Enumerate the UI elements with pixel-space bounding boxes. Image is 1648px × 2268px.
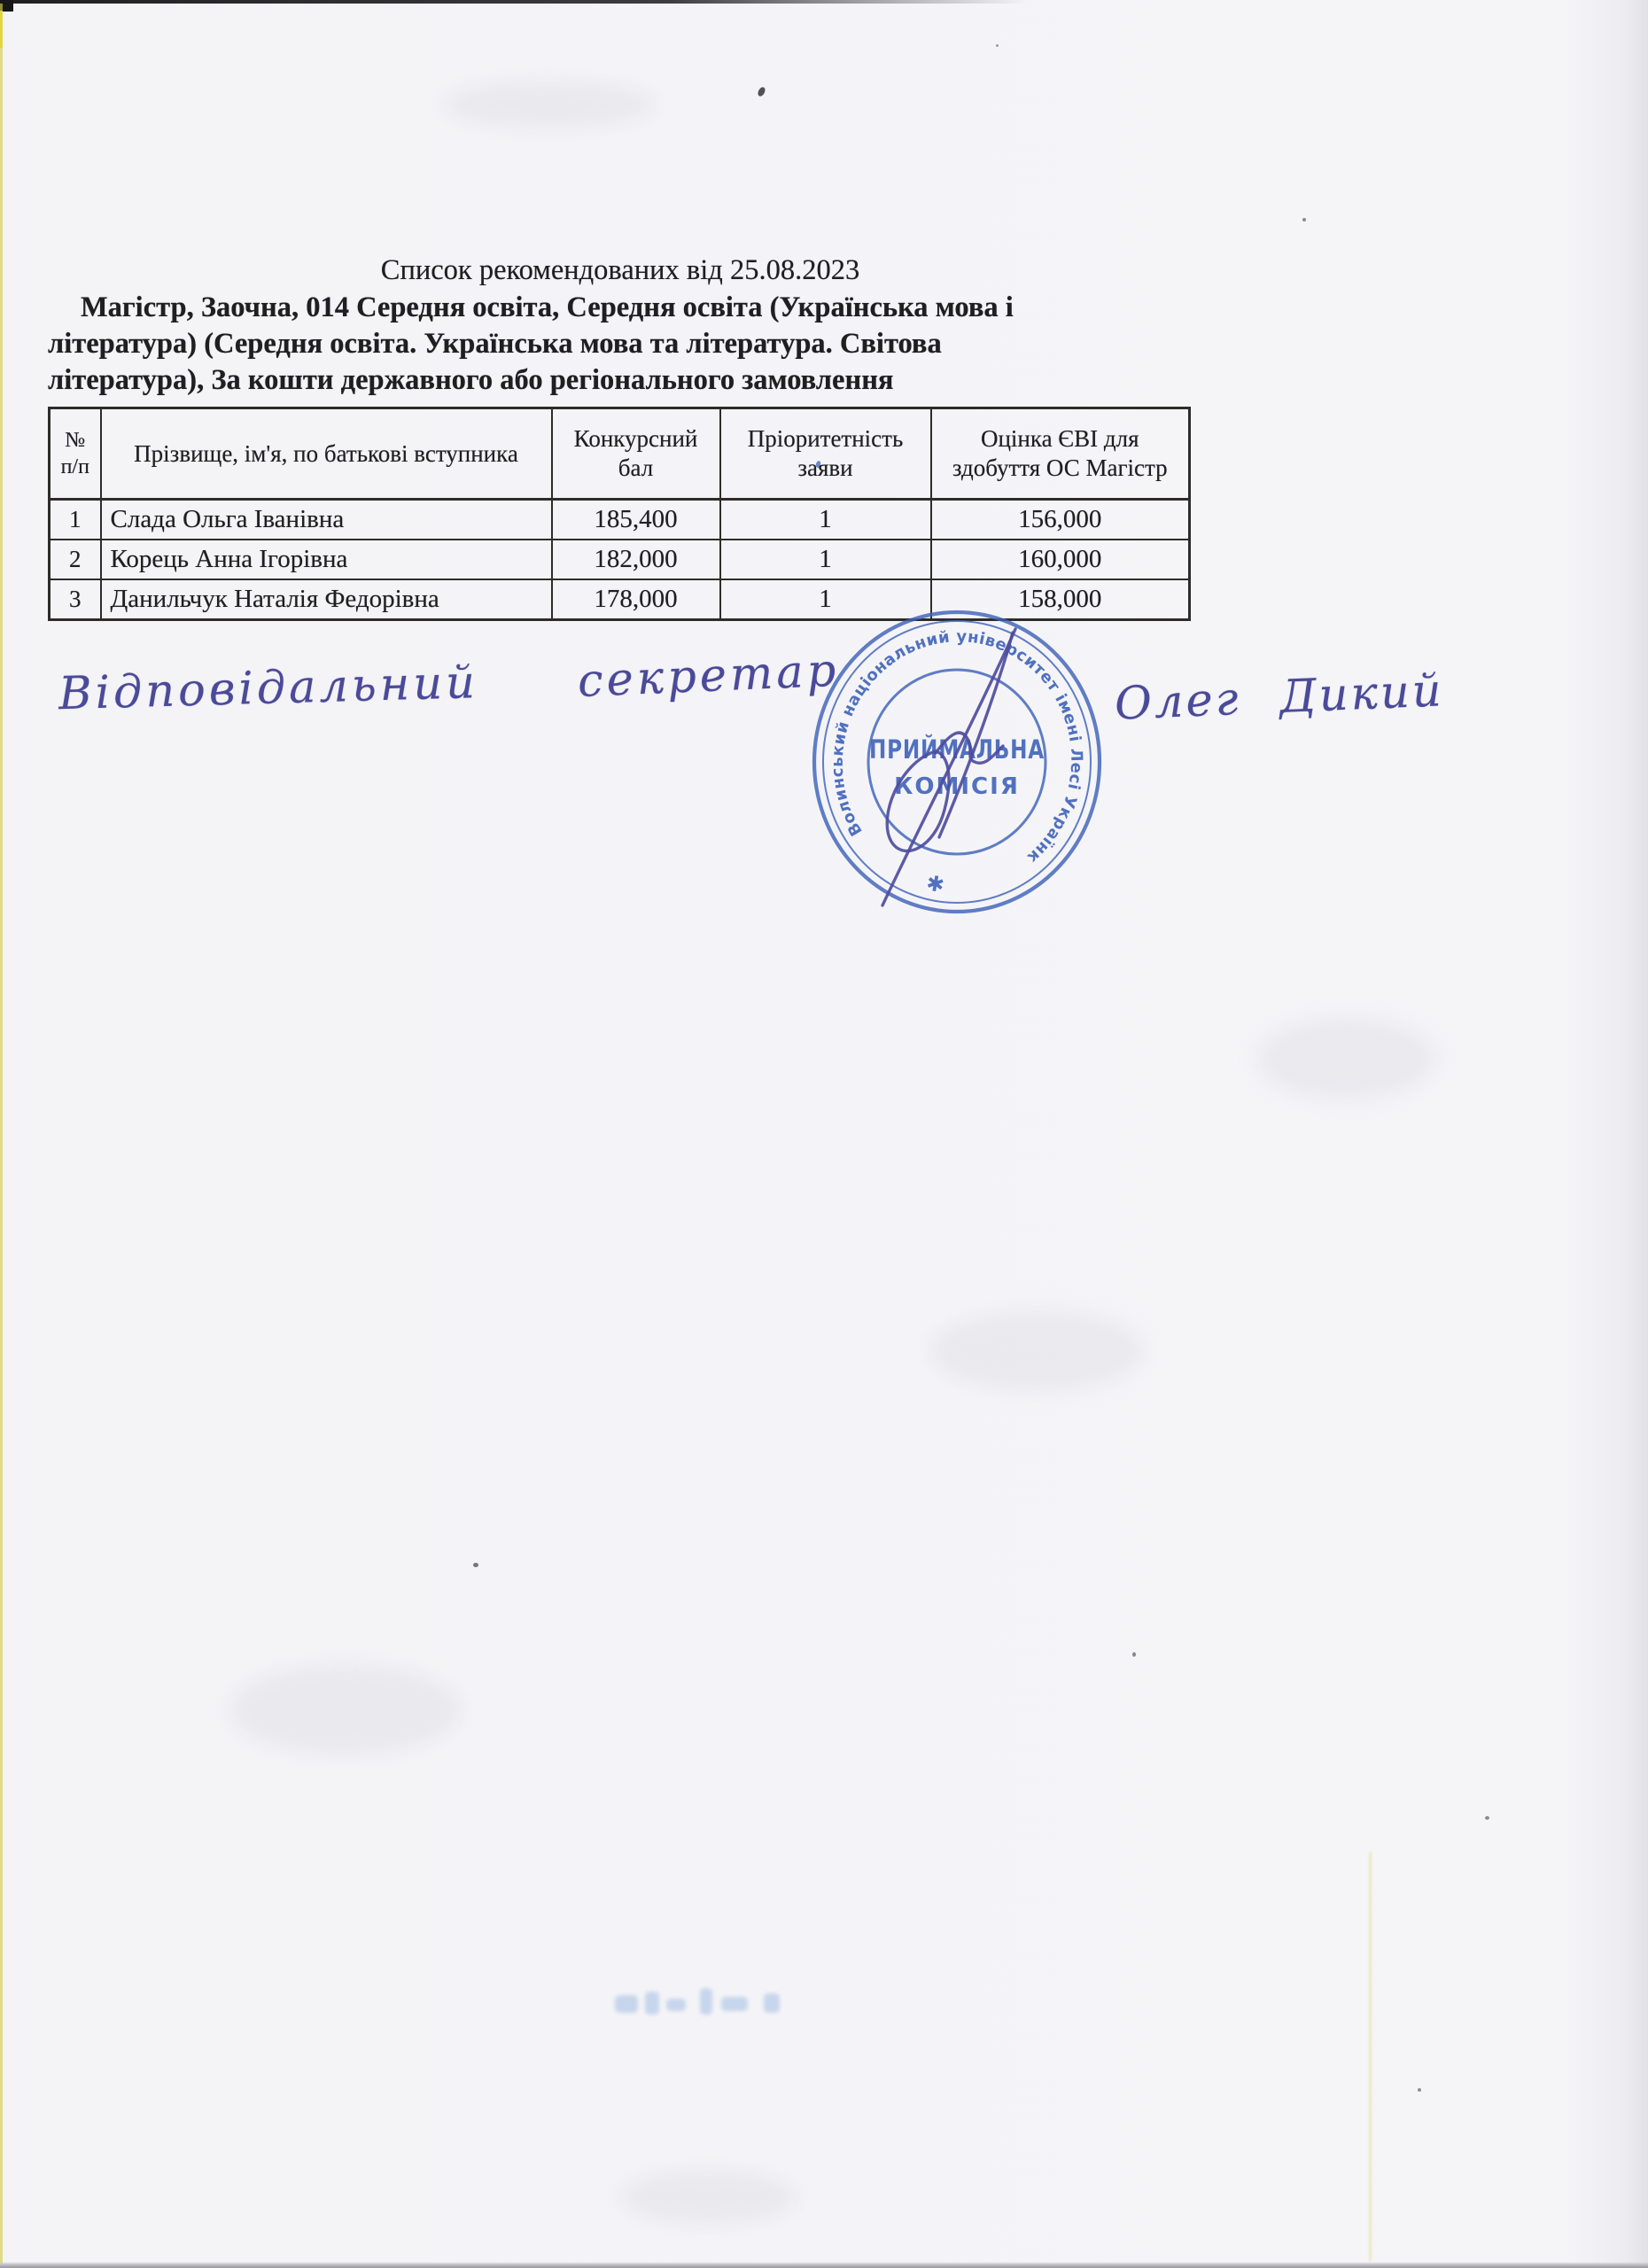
- scanner-edge-top: [0, 0, 1028, 4]
- bleed-mark: [645, 1992, 659, 2015]
- cell-number: 2: [50, 540, 101, 579]
- scanned-document-page: Список рекомендованих від 25.08.2023 Маг…: [0, 0, 1648, 2268]
- ink-speck: [1132, 1652, 1136, 1657]
- paper-blotch: [1258, 1019, 1435, 1099]
- cell-name: Данильчук Наталія Федорівна: [101, 579, 552, 620]
- bleed-mark: [615, 1995, 638, 2013]
- university-round-stamp: Волинський національний університет імен…: [780, 594, 1134, 948]
- cell-score: 182,000: [552, 540, 720, 579]
- col-header-number: № п/п: [50, 408, 101, 500]
- table-row: 2 Корець Анна Ігорівна 182,000 1 160,000: [50, 540, 1190, 579]
- ink-speck: [473, 1563, 478, 1567]
- handwritten-role: Відповідальнийсекретар: [58, 647, 840, 721]
- handwritten-role-word1: Відповідальний: [58, 656, 478, 720]
- ink-speck: [1302, 218, 1306, 221]
- cell-evi: 156,000: [931, 500, 1190, 540]
- subtitle-line-1: Магістр, Заочна, 014 Середня освіта, Сер…: [48, 290, 1014, 326]
- col-header-evi: Оцінка ЄВІ для здобуття ОС Магістр: [931, 408, 1190, 500]
- handwritten-name: ОлегДикий: [1114, 664, 1445, 731]
- cell-priority: 1: [720, 500, 931, 540]
- recommendations-table: № п/п Прізвище, ім'я, по батькові вступн…: [48, 407, 1191, 621]
- table-header-row: № п/п Прізвище, ім'я, по батькові вступн…: [50, 408, 1190, 500]
- cell-priority: 1: [720, 540, 931, 579]
- col-header-name: Прізвище, ім'я, по батькові вступника: [101, 408, 552, 500]
- cell-name: Слада Ольга Іванівна: [101, 500, 552, 540]
- handwritten-name-word2: Дикий: [1279, 664, 1445, 724]
- ink-speck: [757, 86, 766, 97]
- paper-blotch: [230, 1666, 461, 1754]
- bleed-through-marks: [615, 1983, 805, 2038]
- table-row: 1 Слада Ольга Іванівна 185,400 1 156,000: [50, 500, 1190, 540]
- cell-evi: 160,000: [931, 540, 1190, 579]
- stamp-star-icon: ✱: [924, 870, 946, 897]
- cell-name: Корець Анна Ігорівна: [101, 540, 552, 579]
- scanner-edge-bottom: [0, 2262, 1648, 2268]
- cell-score: 185,400: [552, 500, 720, 540]
- page-title: Список рекомендованих від 25.08.2023: [48, 253, 1193, 288]
- ink-speck: [1418, 2088, 1421, 2092]
- handwritten-name-word1: Олег: [1114, 673, 1242, 731]
- bleed-mark: [666, 1999, 686, 2011]
- bleed-mark: [764, 1993, 780, 2013]
- cell-number: 3: [50, 579, 101, 620]
- subtitle-line-2: література) (Середня освіта. Українська …: [48, 326, 1014, 362]
- paper-blotch: [443, 82, 656, 128]
- paper-blotch: [620, 2171, 797, 2224]
- scanner-edge-left: [0, 4, 3, 2264]
- col-header-number-line1: №: [65, 429, 85, 452]
- paper-blotch: [930, 1311, 1143, 1391]
- cell-number: 1: [50, 500, 101, 540]
- ink-speck: [1485, 1816, 1489, 1820]
- subtitle-line-3: література), За кошти державного або рег…: [48, 362, 1014, 399]
- ink-speck: [996, 44, 999, 47]
- col-header-priority: Пріоритетність заяви: [720, 408, 931, 500]
- col-header-score: Конкурсний бал: [552, 408, 720, 500]
- bleed-mark: [721, 1997, 748, 2011]
- page-subtitle: Магістр, Заочна, 014 Середня освіта, Сер…: [48, 290, 1014, 399]
- col-header-number-line2: п/п: [61, 455, 89, 478]
- scanner-edge-left-bright: [0, 11, 3, 48]
- paper-crease: [1369, 1852, 1372, 2261]
- cell-score: 178,000: [552, 579, 720, 620]
- bleed-mark: [700, 1988, 712, 2015]
